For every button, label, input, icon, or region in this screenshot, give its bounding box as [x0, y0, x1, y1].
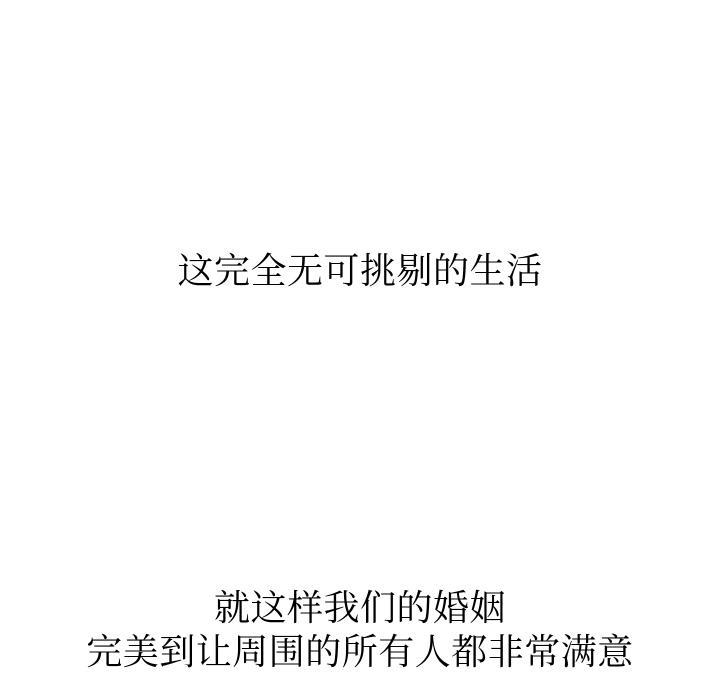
caption-bottom: 就这样我们的婚姻 完美到让周围的所有人都非常满意 — [0, 586, 720, 674]
caption-bottom-line2: 完美到让周围的所有人都非常满意 — [0, 630, 720, 674]
caption-bottom-line1: 就这样我们的婚姻 — [0, 586, 720, 630]
comic-text-panel: 这完全无可挑剔的生活 就这样我们的婚姻 完美到让周围的所有人都非常满意 — [0, 0, 720, 700]
caption-top: 这完全无可挑剔的生活 — [0, 249, 720, 293]
